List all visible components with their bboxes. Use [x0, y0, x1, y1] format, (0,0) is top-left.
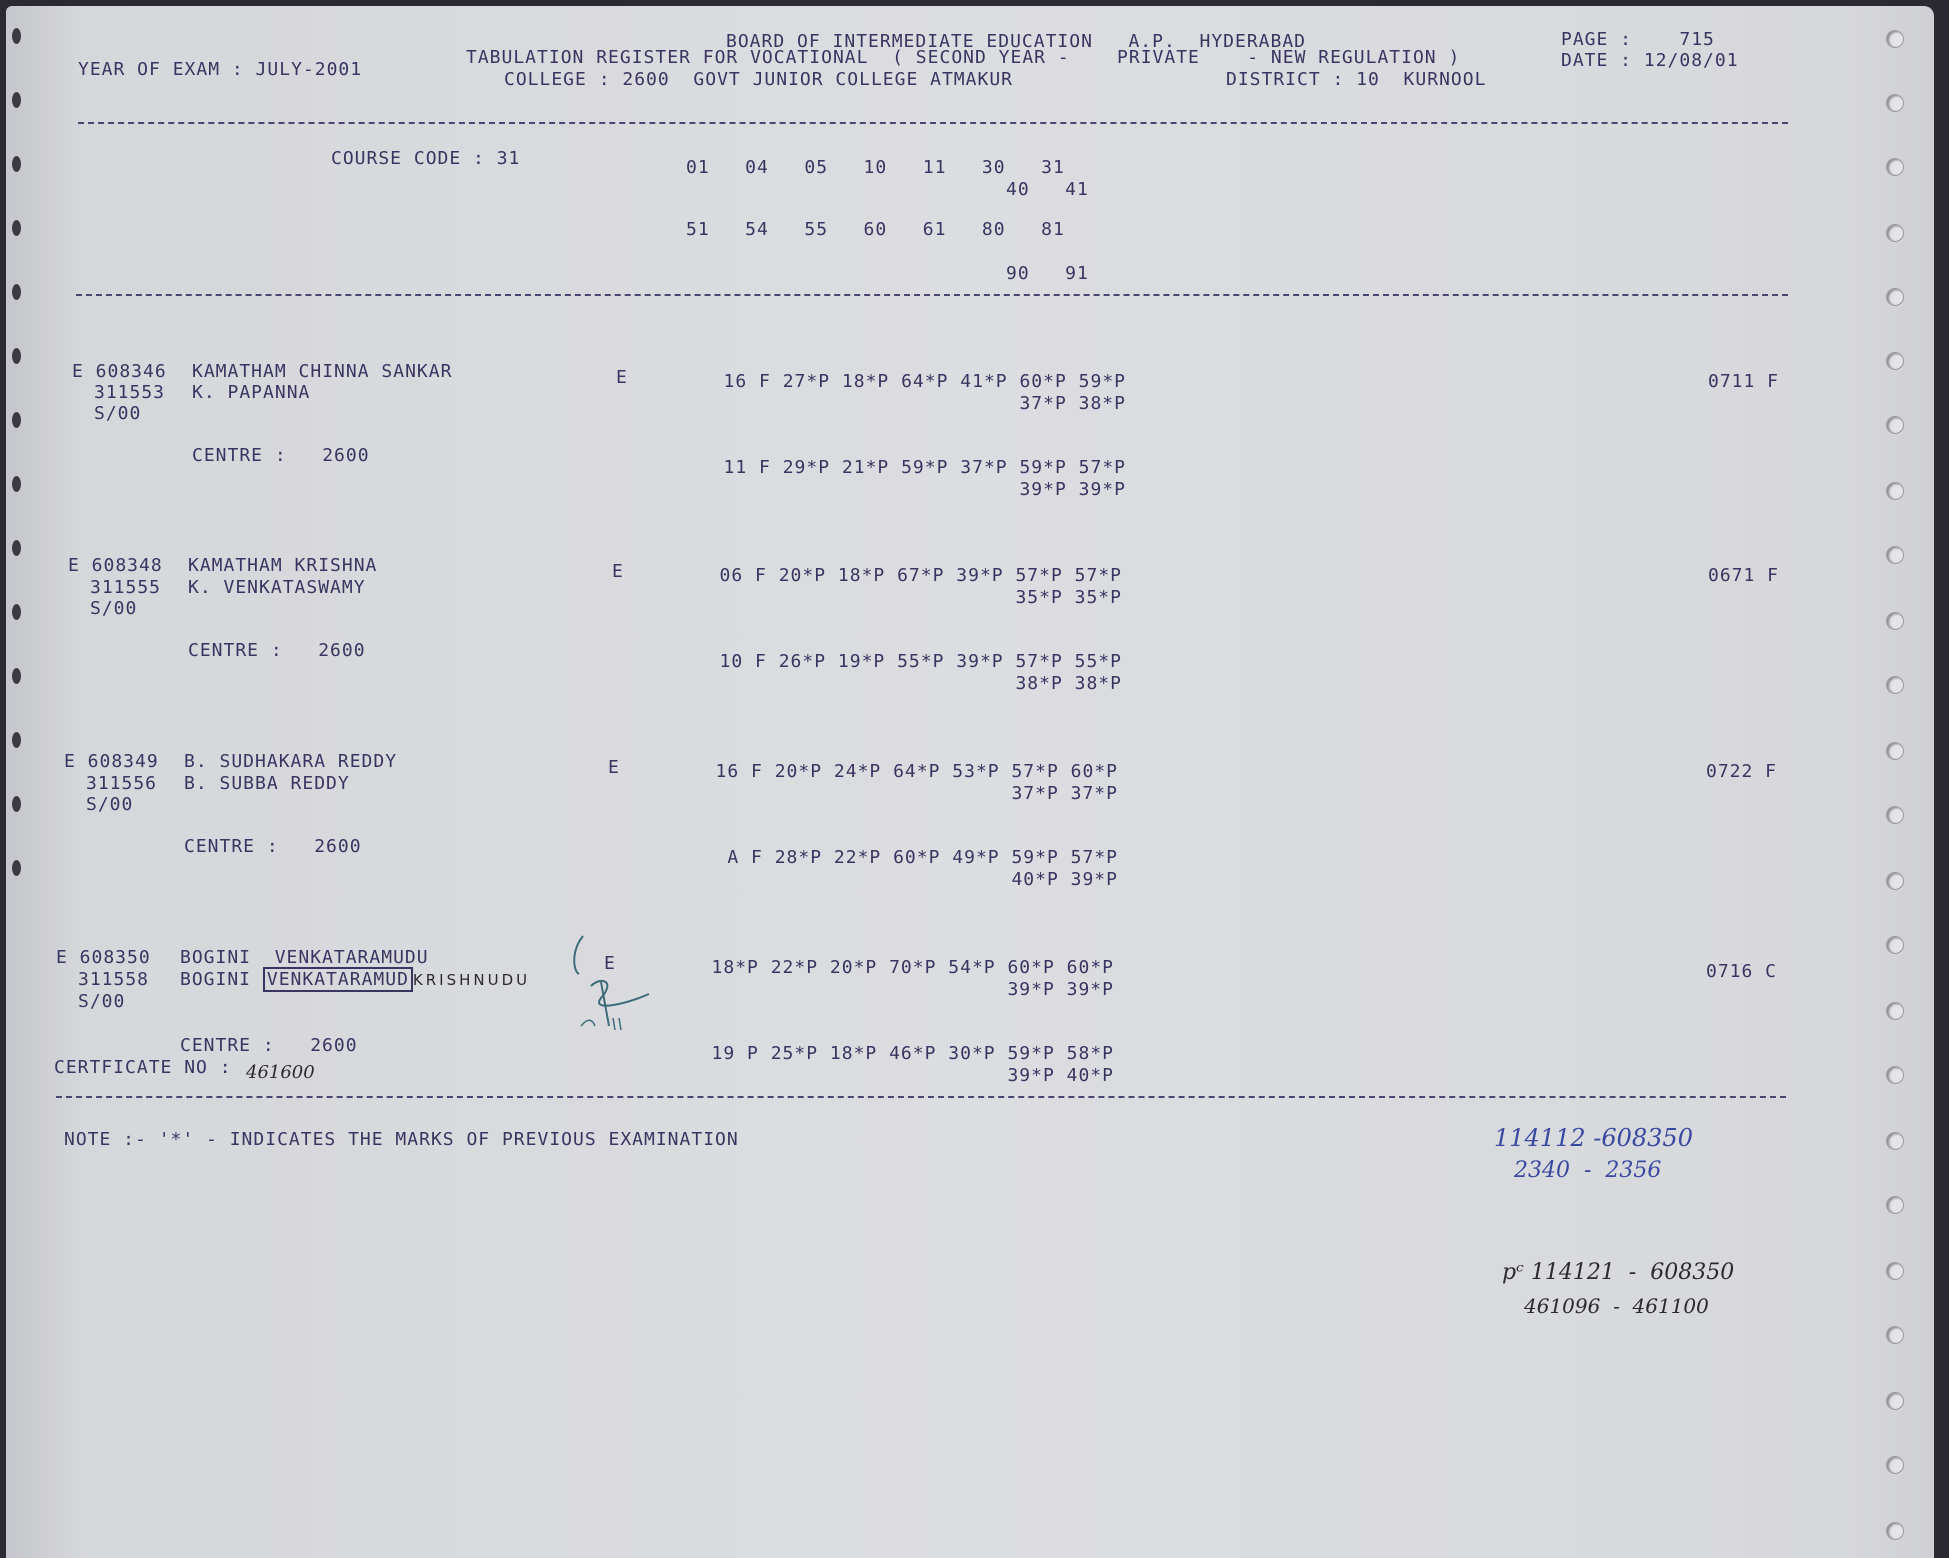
marks-second-year: A F 28*P 22*P 60*P 49*P 59*P 57*P — [678, 848, 1118, 868]
footnote: NOTE :- '*' - INDICATES THE MARKS OF PRE… — [64, 1130, 739, 1150]
father-name: BOGINI VENKATARAMUDKRISHNUDU — [180, 970, 413, 990]
marks-first-year-cont: 35*P 35*P — [682, 588, 1122, 608]
punch-hole — [1886, 224, 1904, 242]
punch-hole — [12, 28, 21, 44]
separator — [76, 294, 1788, 296]
marks-second-year-cont: 38*P 38*P — [682, 674, 1122, 694]
punch-hole — [1886, 612, 1904, 630]
punch-hole — [1886, 1456, 1904, 1474]
marks-first-year: 16 F 27*P 18*P 64*P 41*P 60*P 59*P — [686, 372, 1126, 392]
punch-hole — [1886, 1326, 1904, 1344]
centre: CENTRE : 2600 — [180, 1036, 358, 1056]
college-line: COLLEGE : 2600 GOVT JUNIOR COLLEGE ATMAK… — [504, 70, 1013, 90]
punch-hole — [12, 412, 21, 428]
certificate-number-handwritten: 461600 — [246, 1062, 315, 1083]
subject-codes-row2b: 90 91 — [1006, 264, 1089, 284]
year-of-exam: YEAR OF EXAM : JULY-2001 — [78, 60, 362, 80]
punch-hole — [1886, 1132, 1904, 1150]
father-surname: BOGINI — [180, 969, 251, 990]
student-name: B. SUDHAKARA REDDY — [184, 752, 397, 772]
district-line: DISTRICT : 10 KURNOOL — [1226, 70, 1486, 90]
punch-hole — [1886, 936, 1904, 954]
marks-first-year: 16 F 20*P 24*P 64*P 53*P 57*P 60*P — [678, 762, 1118, 782]
punch-hole — [1886, 546, 1904, 564]
status: S/00 — [78, 992, 125, 1012]
punch-hole — [12, 796, 21, 812]
punch-hole — [12, 348, 21, 364]
punch-hole — [12, 860, 21, 876]
punch-hole — [1886, 158, 1904, 176]
marks-second-year: 19 P 25*P 18*P 46*P 30*P 59*P 58*P — [674, 1044, 1114, 1064]
punch-hole — [1886, 1522, 1904, 1540]
punch-hole — [12, 284, 21, 300]
father-name: K. VENKATASWAMY — [188, 578, 366, 598]
total-result: 0722 F — [1706, 762, 1777, 782]
register-title: TABULATION REGISTER FOR VOCATIONAL ( SEC… — [466, 48, 1460, 68]
handwritten-note: 114112 -608350 — [1494, 1124, 1693, 1152]
handwritten-note: 461096 - 461100 — [1524, 1294, 1709, 1318]
course-code: COURSE CODE : 31 — [331, 149, 520, 169]
marks-first-year-cont: 37*P 37*P — [678, 784, 1118, 804]
total-result: 0671 F — [1708, 566, 1779, 586]
punch-hole — [12, 540, 21, 556]
reg-no: 311553 — [94, 383, 165, 403]
hall-ticket: E 608348 — [68, 556, 163, 576]
hall-ticket: E 608350 — [56, 948, 151, 968]
reg-no: 311556 — [86, 774, 157, 794]
centre: CENTRE : 2600 — [188, 641, 366, 661]
marks-second-year-cont: 39*P 39*P — [686, 480, 1126, 500]
separator — [78, 122, 1788, 124]
punch-hole — [12, 668, 21, 684]
marks-first-year-cont: 37*P 38*P — [686, 394, 1126, 414]
student-name: BOGINI VENKATARAMUDU — [180, 948, 429, 968]
punch-hole — [1886, 742, 1904, 760]
punch-hole — [12, 156, 21, 172]
student-name: KAMATHAM KRISHNA — [188, 556, 377, 576]
hall-ticket: E 608349 — [64, 752, 159, 772]
marks-second-year: 11 F 29*P 21*P 59*P 37*P 59*P 57*P — [686, 458, 1126, 478]
handwritten-note: 2340 - 2356 — [1514, 1158, 1661, 1183]
reg-no: 311558 — [78, 970, 149, 990]
subject-codes-row2: 51 54 55 60 61 80 81 — [686, 220, 1065, 240]
certificate-label: CERTFICATE NO : — [54, 1058, 232, 1078]
marks-second-year: 10 F 26*P 19*P 55*P 39*P 57*P 55*P — [682, 652, 1122, 672]
punch-hole — [1886, 676, 1904, 694]
subject-codes-row1b: 40 41 — [1006, 180, 1089, 200]
punch-hole — [1886, 352, 1904, 370]
punch-hole — [1886, 482, 1904, 500]
medium: E — [616, 368, 628, 388]
centre: CENTRE : 2600 — [192, 446, 370, 466]
date-line: DATE : 12/08/01 — [1561, 51, 1739, 71]
signature-icon — [561, 926, 661, 1036]
punch-hole — [1886, 872, 1904, 890]
register-page: BOARD OF INTERMEDIATE EDUCATION A.P. HYD… — [6, 6, 1934, 1558]
handwritten-note: pᶜ 114121 - 608350 — [1502, 1260, 1734, 1285]
father-name: B. SUBBA REDDY — [184, 774, 350, 794]
marks-first-year: 18*P 22*P 20*P 70*P 54*P 60*P 60*P — [674, 958, 1114, 978]
marks-second-year-cont: 39*P 40*P — [674, 1066, 1114, 1086]
page-number: PAGE : 715 — [1561, 30, 1715, 50]
father-name: K. PAPANNA — [192, 383, 310, 403]
punch-hole — [1886, 1262, 1904, 1280]
father-name-struck: VENKATARAMUD — [263, 967, 413, 992]
punch-hole — [1886, 416, 1904, 434]
punch-hole — [1886, 94, 1904, 112]
status: S/00 — [86, 795, 133, 815]
punch-hole — [12, 92, 21, 108]
punch-hole — [12, 220, 21, 236]
centre: CENTRE : 2600 — [184, 837, 362, 857]
punch-hole — [1886, 1066, 1904, 1084]
punch-hole — [1886, 30, 1904, 48]
status: S/00 — [94, 404, 141, 424]
marks-first-year-cont: 39*P 39*P — [674, 980, 1114, 1000]
punch-hole — [1886, 1196, 1904, 1214]
hall-ticket: E 608346 — [72, 362, 167, 382]
marks-first-year: 06 F 20*P 18*P 67*P 39*P 57*P 57*P — [682, 566, 1122, 586]
reg-no: 311555 — [90, 578, 161, 598]
separator — [56, 1096, 1786, 1098]
total-result: 0716 C — [1706, 962, 1777, 982]
medium: E — [612, 562, 624, 582]
punch-hole — [1886, 1002, 1904, 1020]
punch-hole — [12, 732, 21, 748]
father-name-correction: KRISHNUDU — [413, 970, 530, 990]
student-name: KAMATHAM CHINNA SANKAR — [192, 362, 452, 382]
medium: E — [608, 758, 620, 778]
total-result: 0711 F — [1708, 372, 1779, 392]
punch-hole — [1886, 288, 1904, 306]
status: S/00 — [90, 599, 137, 619]
punch-hole — [12, 476, 21, 492]
punch-hole — [1886, 806, 1904, 824]
punch-hole — [1886, 1392, 1904, 1410]
marks-second-year-cont: 40*P 39*P — [678, 870, 1118, 890]
punch-hole — [12, 604, 21, 620]
subject-codes-row1: 01 04 05 10 11 30 31 — [686, 158, 1065, 178]
